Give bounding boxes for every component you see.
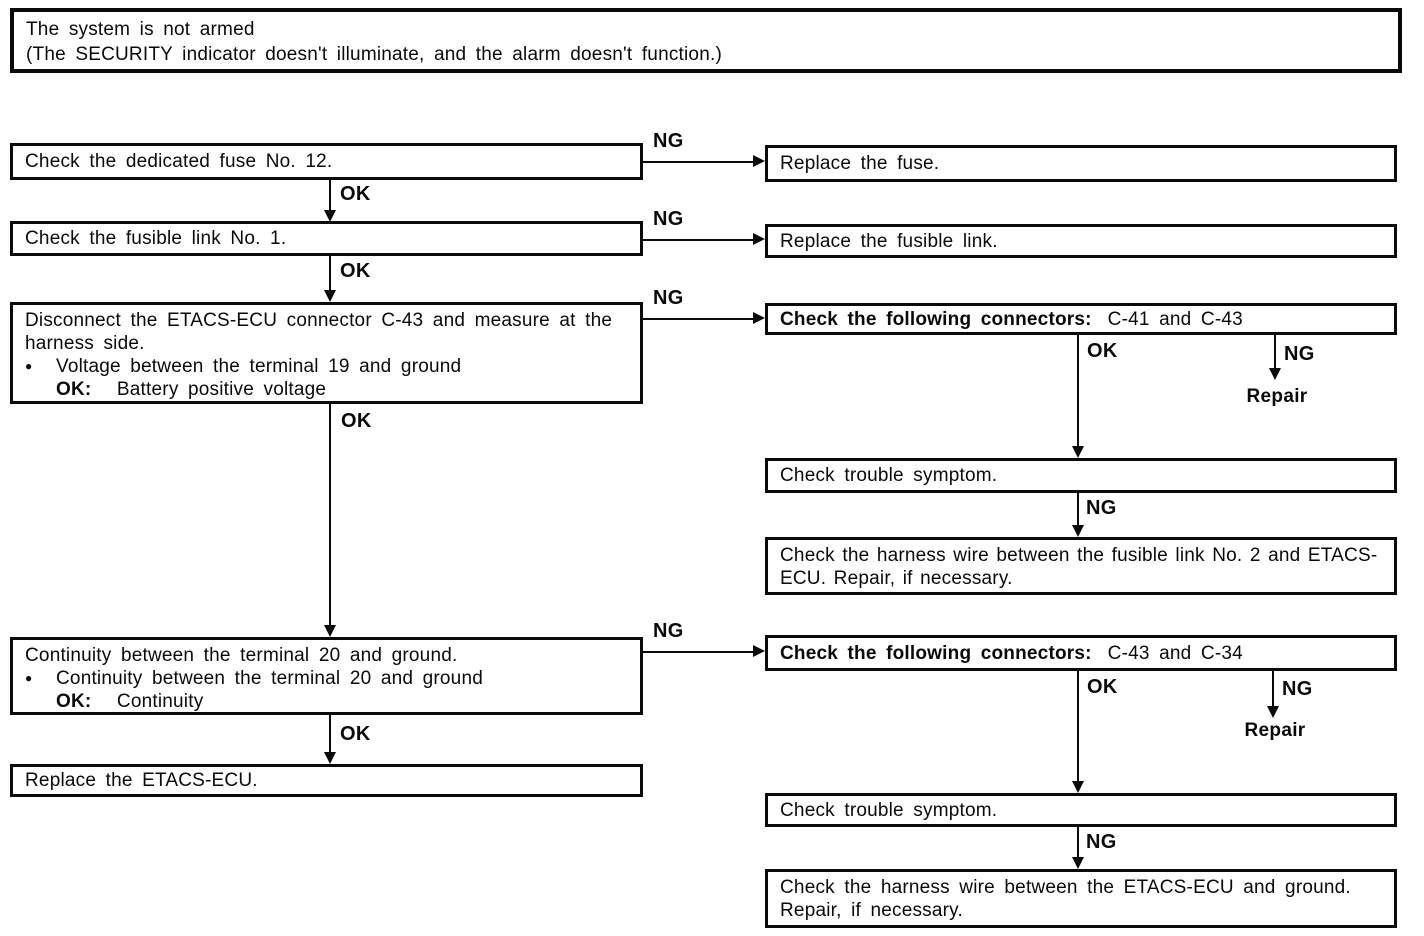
ok-label: OK — [341, 410, 372, 433]
arrow-down-icon — [1269, 368, 1281, 380]
ok-label: OK — [1087, 676, 1118, 699]
connector-line — [643, 161, 755, 163]
bullet-icon: ● — [25, 667, 56, 690]
connector-line — [329, 180, 331, 212]
step-check-fusible-link-text: Check the fusible link No. 1. — [25, 227, 286, 250]
ng-label: NG — [1282, 678, 1313, 701]
arrow-down-icon — [1072, 857, 1084, 869]
check-harness-fusible-link: Check the harness wire between the fusib… — [765, 537, 1397, 595]
arrow-down-icon — [324, 625, 336, 637]
connector-line — [643, 239, 755, 241]
arrow-right-icon — [753, 312, 765, 324]
ok-condition-prefix: OK: — [56, 379, 91, 400]
ok-label: OK — [340, 723, 371, 746]
ng-label: NG — [653, 208, 684, 231]
action-replace-fusible-link: Replace the fusible link. — [765, 224, 1397, 258]
ng-label: NG — [653, 620, 684, 643]
ok-label: OK — [1087, 340, 1118, 363]
check-connectors-c43-c34: Check the following connectors: C-43 and… — [765, 635, 1397, 671]
connector-line — [1077, 335, 1079, 447]
arrow-right-icon — [753, 645, 765, 657]
action-replace-fuse-text: Replace the fuse. — [780, 152, 939, 175]
step-disconnect-etacs-text: Disconnect the ETACS-ECU connector C-43 … — [25, 309, 628, 355]
ng-label: NG — [1086, 831, 1117, 854]
ok-label: OK — [340, 260, 371, 283]
title-box: The system is not armed (The SECURITY in… — [10, 8, 1402, 73]
action-replace-fusible-link-text: Replace the fusible link. — [780, 230, 998, 253]
step-check-fusible-link: Check the fusible link No. 1. — [10, 221, 643, 256]
ok-condition-value: Battery positive voltage — [117, 379, 326, 400]
ng-label: NG — [653, 130, 684, 153]
arrow-down-icon — [1072, 781, 1084, 793]
arrow-right-icon — [753, 155, 765, 167]
ok-condition-value: Continuity — [117, 691, 204, 712]
ng-label: NG — [1284, 343, 1315, 366]
arrow-down-icon — [1267, 706, 1279, 718]
connector-line — [1077, 827, 1079, 858]
step-continuity-bullet: Continuity between the terminal 20 and g… — [56, 667, 483, 690]
check-connectors-names: C-41 and C-43 — [1108, 308, 1243, 331]
step-check-fuse: Check the dedicated fuse No. 12. — [10, 143, 643, 180]
check-trouble-symptom-1: Check trouble symptom. — [765, 458, 1397, 493]
connector-line — [1077, 493, 1079, 526]
arrow-down-icon — [324, 210, 336, 222]
check-trouble-symptom-2: Check trouble symptom. — [765, 793, 1397, 827]
check-connectors-names: C-43 and C-34 — [1108, 642, 1243, 665]
step-disconnect-etacs-bullet: Voltage between the terminal 19 and grou… — [56, 355, 461, 378]
check-connectors-c41-c43: Check the following connectors: C-41 and… — [765, 303, 1397, 335]
step-replace-etacs-text: Replace the ETACS-ECU. — [25, 769, 258, 792]
step-disconnect-etacs: Disconnect the ETACS-ECU connector C-43 … — [10, 302, 643, 404]
title-line-2: (The SECURITY indicator doesn't illumina… — [26, 42, 1386, 67]
check-harness-ground-text: Check the harness wire between the ETACS… — [780, 876, 1382, 922]
step-replace-etacs: Replace the ETACS-ECU. — [10, 764, 643, 797]
connector-line — [1272, 671, 1274, 707]
step-continuity: Continuity between the terminal 20 and g… — [10, 637, 643, 715]
step-continuity-text: Continuity between the terminal 20 and g… — [25, 644, 628, 667]
check-connectors-label: Check the following connectors: — [780, 642, 1092, 665]
connector-line — [329, 404, 331, 626]
arrow-down-icon — [324, 290, 336, 302]
ok-condition-prefix: OK: — [56, 691, 91, 712]
repair-label: Repair — [1234, 386, 1320, 408]
check-connectors-label: Check the following connectors: — [780, 308, 1092, 331]
arrow-down-icon — [324, 752, 336, 764]
action-replace-fuse: Replace the fuse. — [765, 145, 1397, 182]
connector-line — [643, 651, 755, 653]
ng-label: NG — [653, 287, 684, 310]
arrow-down-icon — [1072, 525, 1084, 537]
flowchart-canvas: The system is not armed (The SECURITY in… — [0, 0, 1424, 936]
repair-label: Repair — [1232, 720, 1318, 742]
connector-line — [1077, 671, 1079, 782]
check-trouble-symptom-1-text: Check trouble symptom. — [780, 464, 997, 487]
connector-line — [1274, 335, 1276, 369]
connector-line — [643, 318, 755, 320]
step-check-fuse-text: Check the dedicated fuse No. 12. — [25, 150, 332, 173]
connector-line — [329, 256, 331, 292]
check-harness-ground: Check the harness wire between the ETACS… — [765, 869, 1397, 928]
arrow-down-icon — [1072, 446, 1084, 458]
title-line-1: The system is not armed — [26, 17, 1386, 42]
bullet-icon: ● — [25, 355, 56, 378]
check-trouble-symptom-2-text: Check trouble symptom. — [780, 799, 997, 822]
arrow-right-icon — [753, 233, 765, 245]
ng-label: NG — [1086, 497, 1117, 520]
connector-line — [329, 715, 331, 754]
ok-label: OK — [340, 183, 371, 206]
check-harness-fusible-link-text: Check the harness wire between the fusib… — [780, 544, 1382, 590]
